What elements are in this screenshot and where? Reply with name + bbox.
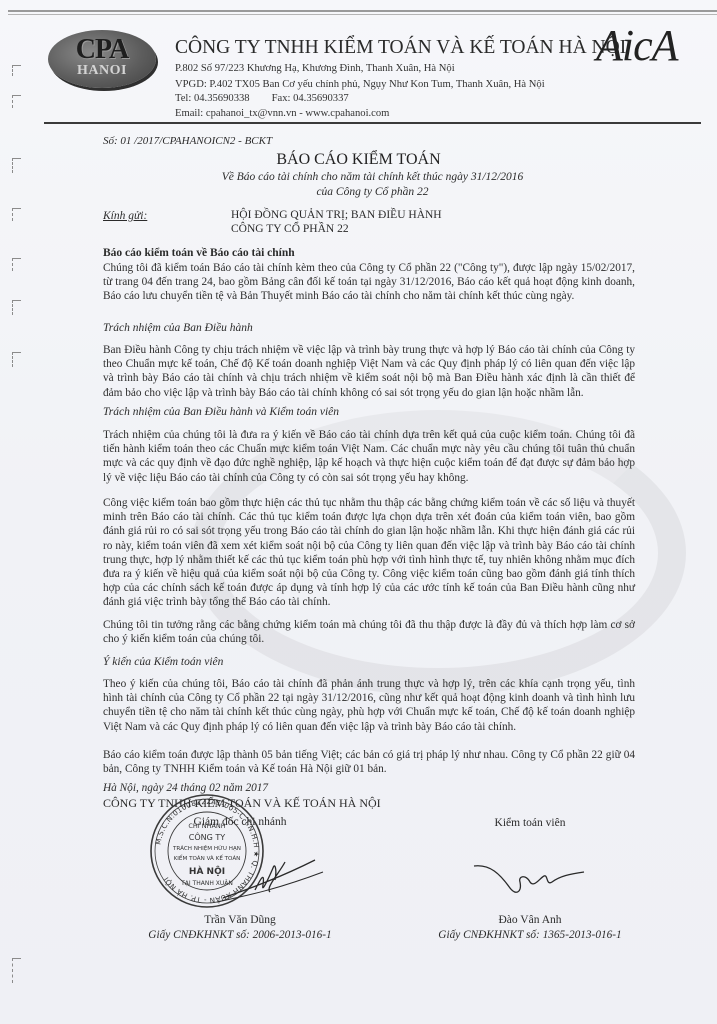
aica-brand-mark: AicA: [596, 20, 678, 71]
auditor-certificate: Giấy CNĐKHNKT số: 1365-2013-016-1: [405, 929, 655, 941]
auditor-signature-icon: [470, 860, 590, 900]
logo-text-cpa: CPA: [48, 34, 156, 66]
margin-mark: [12, 958, 21, 983]
margin-mark: [12, 95, 21, 108]
director-certificate: Giấy CNĐKHNKT số: 2006-2013-016-1: [115, 929, 365, 941]
company-name: CÔNG TY TNHH KIỂM TOÁN VÀ KẾ TOÁN HÀ NỘI: [175, 37, 626, 59]
company-phone-fax: Tel: 04.35690338Fax: 04.35690337: [175, 93, 349, 104]
report-title: BÁO CÁO KIỂM TOÁN: [0, 151, 717, 169]
margin-mark: [12, 65, 21, 76]
director-signature-icon: [215, 850, 325, 910]
header-divider: [44, 122, 701, 124]
paragraph-copies: Báo cáo kiểm toán được lập thành 05 bản …: [103, 748, 635, 776]
section-heading-auditor-responsibility: Trách nhiệm của Ban Điều hành và Kiểm to…: [103, 406, 339, 418]
recipient-label: Kính gửi:: [103, 210, 147, 222]
signer-role-auditor: Kiểm toán viên: [470, 817, 590, 829]
recipient-line: HỘI ĐỒNG QUẢN TRỊ; BAN ĐIỀU HÀNH: [231, 209, 442, 221]
margin-mark: [12, 208, 21, 221]
paragraph-auditor-responsibility: Trách nhiệm của chúng tôi là đưa ra ý ki…: [103, 428, 635, 485]
paragraph-audit-scope: Chúng tôi đã kiểm toán Báo cáo tài chính…: [103, 261, 635, 304]
recipient-line: CÔNG TY CỔ PHẦN 22: [231, 223, 349, 235]
director-name: Trần Văn Dũng: [140, 914, 340, 926]
company-fax: Fax: 04.35690337: [272, 93, 349, 104]
section-heading-audit-report: Báo cáo kiểm toán về Báo cáo tài chính: [103, 247, 295, 259]
report-number: Số: 01 /2017/CPAHANOICN2 - BCKT: [103, 135, 272, 147]
paragraph-audit-evidence: Chúng tôi tin tưởng rằng các bằng chứng …: [103, 618, 635, 646]
paragraph-audit-procedures: Công việc kiểm toán bao gồm thực hiện cá…: [103, 496, 635, 610]
paragraph-auditor-opinion: Theo ý kiến của chúng tôi, Báo cáo tài c…: [103, 677, 635, 734]
cpa-hanoi-logo: CPA HANOI: [48, 30, 158, 90]
logo-text-hanoi: HANOI: [48, 63, 156, 79]
report-subtitle-company: của Công ty Cổ phần 22: [0, 186, 717, 198]
company-address: P.802 Số 97/223 Khương Hạ, Khương Đình, …: [175, 63, 455, 74]
report-subtitle: Về Báo cáo tài chính cho năm tài chính k…: [0, 171, 717, 183]
auditor-name: Đào Vân Anh: [430, 914, 630, 926]
section-heading-auditor-opinion: Ý kiến của Kiểm toán viên: [103, 656, 223, 668]
company-email-web: Email: cpahanoi_tx@vnn.vn - www.cpahanoi…: [175, 108, 389, 119]
scan-top-edge: [8, 10, 717, 12]
section-heading-management-responsibility: Trách nhiệm của Ban Điều hành: [103, 322, 253, 334]
paragraph-management-responsibility: Ban Điều hành Công ty chịu trách nhiệm v…: [103, 343, 635, 400]
margin-mark: [12, 300, 21, 315]
margin-mark: [12, 352, 21, 367]
svg-text:CHI NHÁNH: CHI NHÁNH: [188, 821, 225, 830]
svg-text:CÔNG TY: CÔNG TY: [189, 831, 225, 842]
company-office: VPGD: P.402 TX05 Ban Cơ yếu chính phủ, N…: [175, 79, 545, 90]
company-tel: Tel: 04.35690338: [175, 93, 250, 104]
scanned-page: CPA HANOI CÔNG TY TNHH KIỂM TOÁN VÀ KẾ T…: [0, 0, 717, 1024]
scan-top-edge-inner: [8, 14, 717, 15]
margin-mark: [12, 258, 21, 271]
